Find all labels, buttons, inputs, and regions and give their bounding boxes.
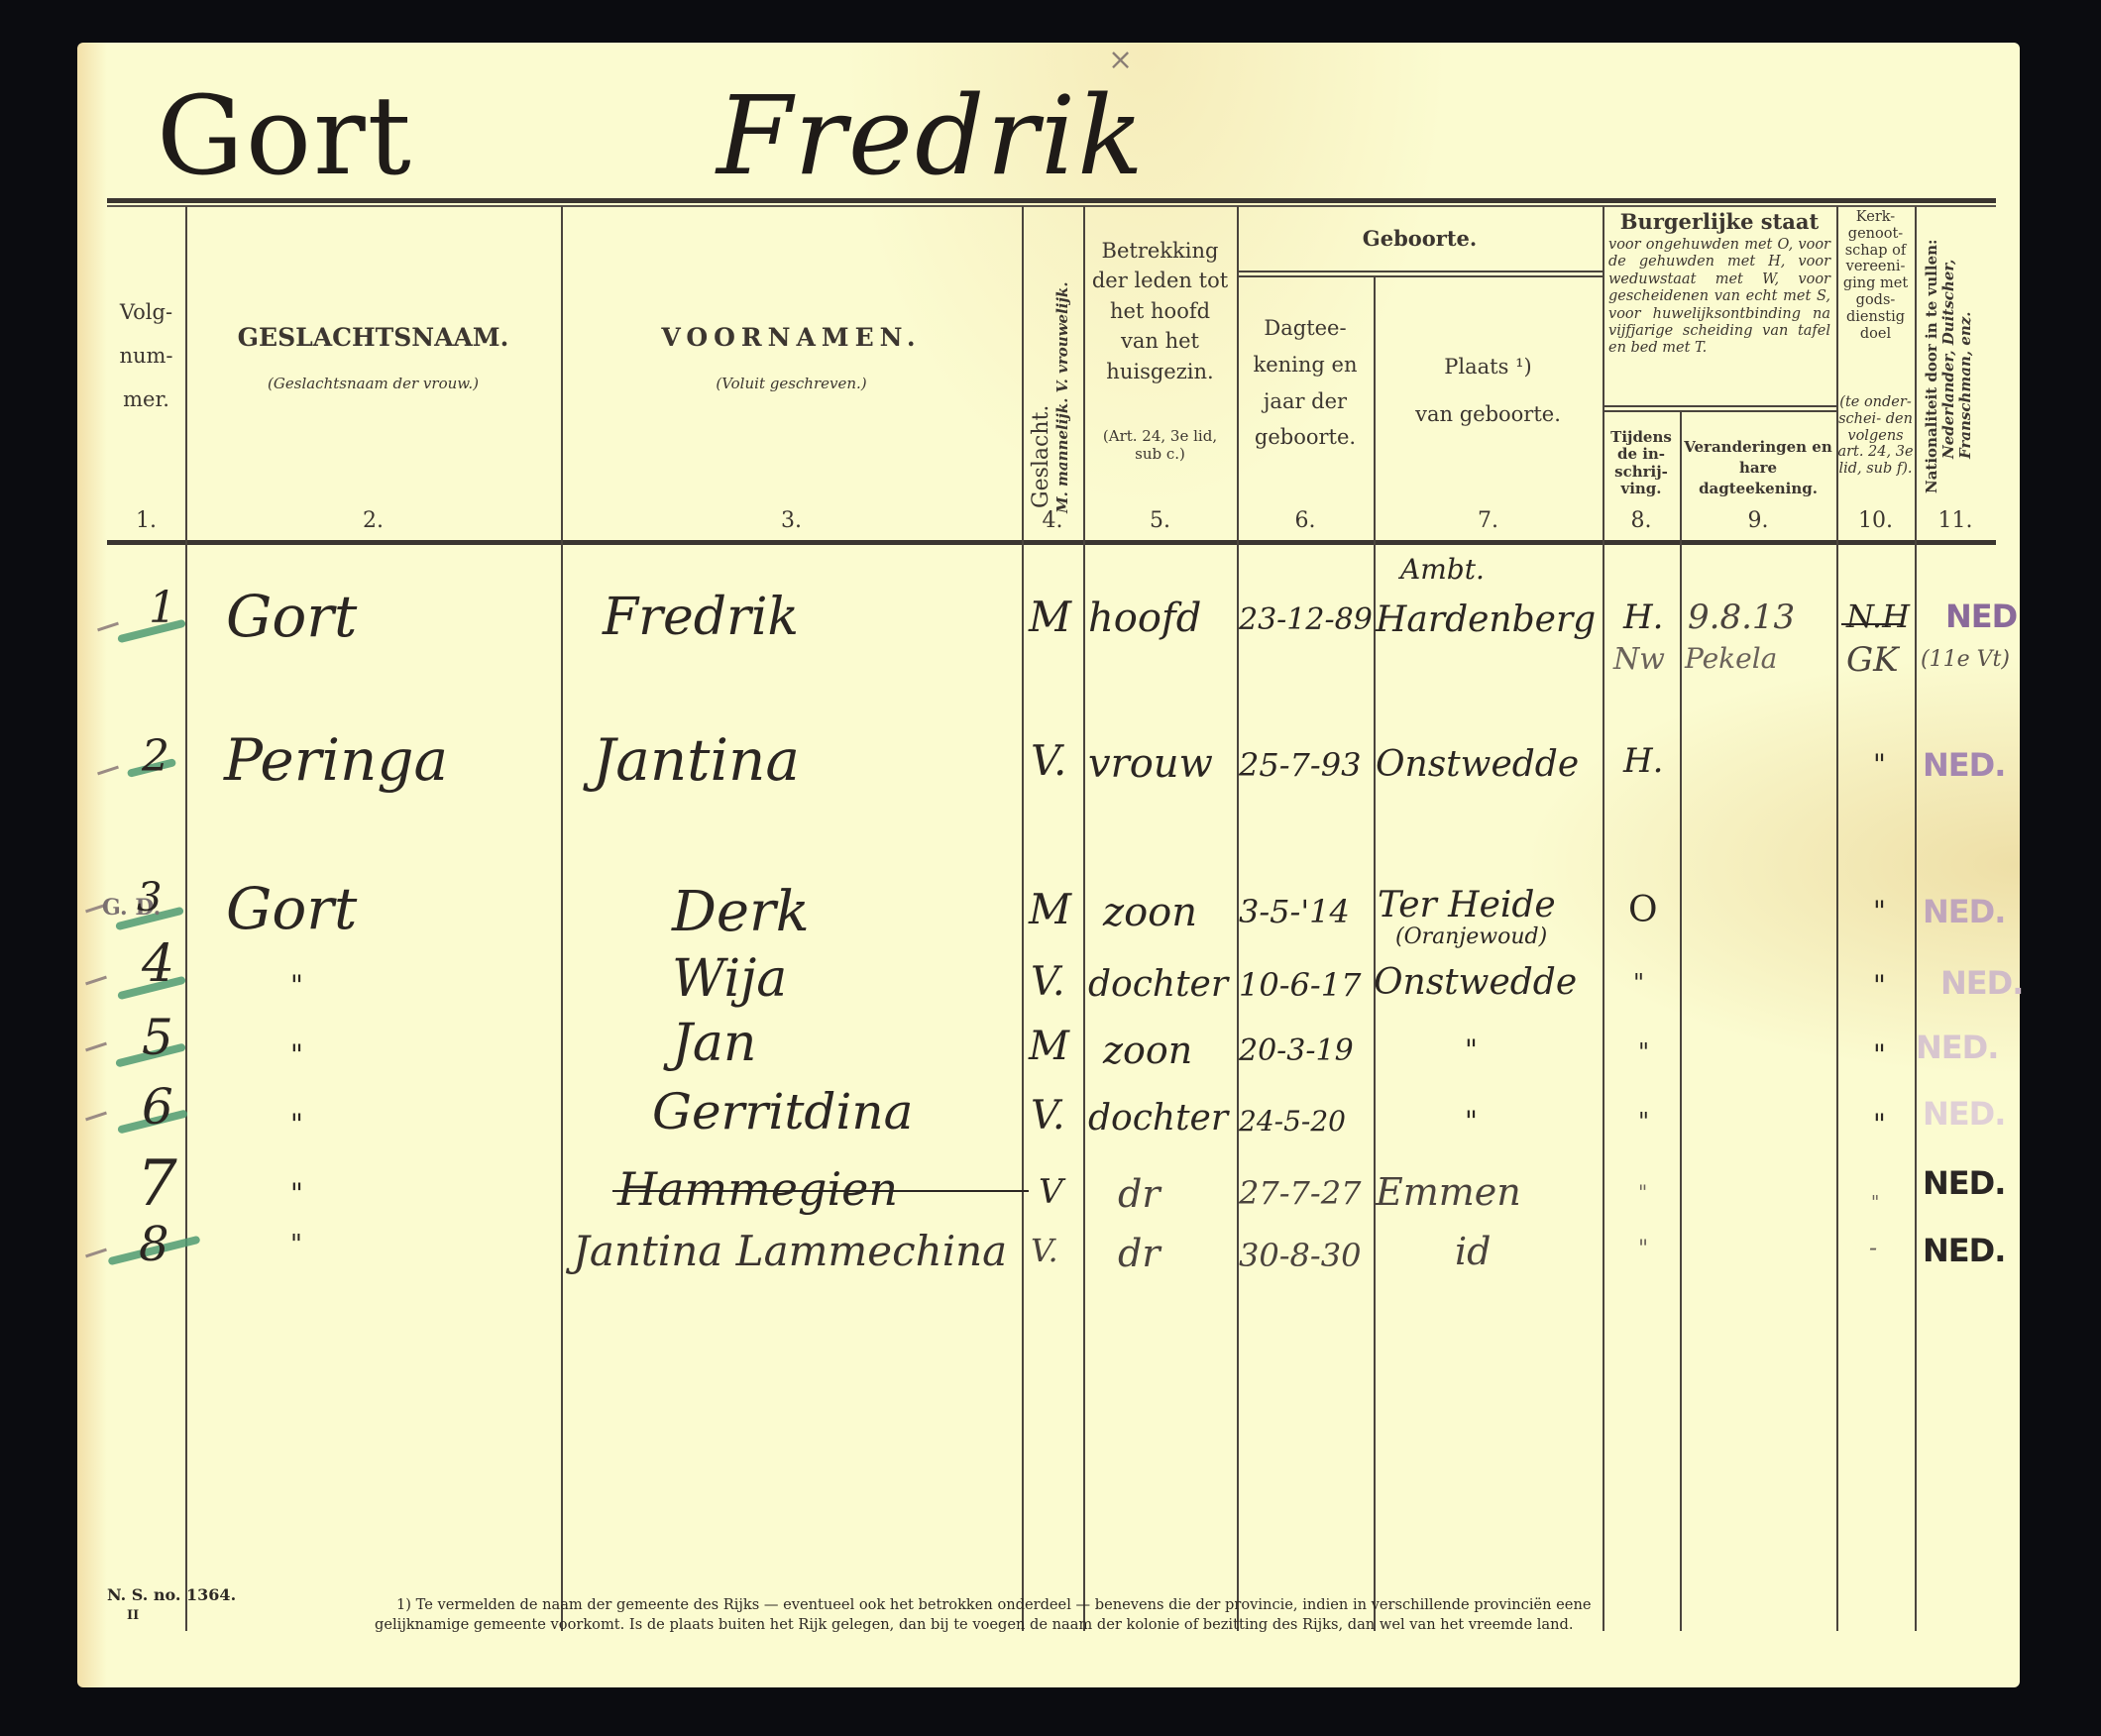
nationality-stamp: NED. — [1923, 746, 2005, 784]
relation: hoofd — [1088, 596, 1201, 641]
strike-line — [1841, 623, 1901, 625]
church: " — [1873, 748, 1886, 781]
birth-date: 30-8-30 — [1239, 1237, 1361, 1274]
relation: dochter — [1088, 964, 1228, 1005]
change-place: Pekela — [1685, 642, 1777, 675]
row-number: 3 — [137, 875, 162, 921]
top-rule — [107, 198, 1996, 203]
col-number: 8. — [1603, 508, 1680, 533]
row-number: 1 — [149, 583, 176, 633]
form-series: II — [127, 1608, 139, 1623]
birth-place: Onstwedde — [1374, 962, 1577, 1003]
geboorte-rule — [1237, 271, 1603, 272]
header-kerkgenootschap: Kerk- genoot- schap of vereeni- ging met… — [1836, 209, 1915, 343]
church-note: GK — [1846, 640, 1899, 680]
header-geslacht: Geslacht. — [1029, 405, 1053, 508]
relation: zoon — [1103, 1029, 1192, 1072]
civil-status: H. — [1623, 597, 1663, 637]
card-title-surname: Gort — [157, 72, 413, 199]
header-dagteekening: Dagtee- kening en jaar der geboorte. — [1245, 310, 1366, 456]
col-number: 11. — [1915, 508, 1996, 533]
birth-date: 20-3-19 — [1239, 1033, 1354, 1068]
birth-place-note: Ambt. — [1400, 553, 1485, 586]
col-number: 6. — [1237, 508, 1374, 533]
church: " — [1871, 1192, 1879, 1213]
birth-place-ditto: " — [1465, 1033, 1478, 1066]
sex: V. — [1031, 1232, 1058, 1269]
nationality-stamp: NED. — [1923, 1232, 2005, 1269]
row-number: 7 — [137, 1147, 177, 1221]
birth-place: Hardenberg — [1376, 599, 1596, 640]
civil-status-note: Nw — [1613, 642, 1665, 677]
relation: dr — [1118, 1232, 1161, 1275]
footnote-line-1: 1) Te vermelden de naam der gemeente des… — [396, 1596, 2022, 1613]
surname-ditto: " — [290, 1038, 303, 1071]
header-nationaliteit-sub: Nederlander, Duitscher, Franschman, enz. — [1940, 216, 1975, 459]
header-geboorte: Geboorte. — [1237, 226, 1603, 252]
relation: dochter — [1088, 1098, 1228, 1139]
birth-date: 25-7-93 — [1239, 746, 1361, 784]
civil-status: " — [1638, 1237, 1648, 1261]
header-volgnummer: Volg- num- mer. — [107, 290, 185, 421]
header-betrekking: Betrekking der leden tot het hoofd van h… — [1088, 236, 1232, 386]
header-nationaliteit: Nationaliteit door in te vullen: — [1923, 239, 1940, 493]
birth-date: 27-7-27 — [1239, 1174, 1361, 1212]
strike-line — [612, 1190, 1029, 1192]
birth-place-ditto: " — [1465, 1105, 1478, 1138]
pencil-tick — [85, 976, 107, 986]
col-number: 5. — [1083, 508, 1237, 533]
pencil-tick — [85, 1112, 107, 1122]
church: " — [1873, 1108, 1886, 1140]
pencil-tick — [97, 766, 119, 776]
header-geslacht-sub: M. mannelijk. V. vrouwelijk. — [1053, 281, 1071, 513]
surname: Peringa — [224, 726, 448, 794]
col-divider — [1374, 276, 1376, 1631]
firstname: Jan — [672, 1014, 756, 1073]
header-plaats: Plaats ¹) — [1374, 355, 1603, 380]
register-card: Gort Fredrik × Volg- num- mer. GESLACHTS… — [77, 43, 2020, 1687]
firstname: Gerritdina — [652, 1083, 913, 1140]
birth-place: Onstwedde — [1376, 744, 1579, 785]
firstname: Jantina Lammechina — [573, 1227, 1007, 1275]
col-number: 4. — [1022, 508, 1083, 533]
birth-date: 23-12-89 — [1239, 602, 1373, 637]
birth-place: id — [1455, 1230, 1491, 1273]
header-voornamen-sub: (Voluit geschreven.) — [561, 375, 1022, 392]
birth-place: Ter Heide — [1378, 885, 1556, 925]
birth-place: Emmen — [1376, 1170, 1521, 1214]
header-tijdens: Tijdens de in- schrij- ving. — [1603, 429, 1680, 497]
firstname: Fredrik — [603, 588, 799, 647]
firstname-struck: Hammegien — [617, 1162, 898, 1216]
civil-status: " — [1633, 969, 1644, 997]
sex: V. — [1031, 1093, 1065, 1139]
form-number: N. S. no. 1364. — [107, 1585, 236, 1604]
sex: M — [1029, 593, 1071, 641]
change-date: 9.8.13 — [1688, 597, 1795, 637]
row-number: 5 — [142, 1009, 173, 1066]
nationality-stamp: NED. — [1940, 964, 2023, 1002]
pencil-tick — [97, 622, 119, 632]
sex: M — [1029, 1024, 1069, 1069]
row-number: 2 — [142, 731, 169, 782]
header-kerkgenootschap-sub: (te onder- schei- den volgens art. 24, 3… — [1836, 394, 1915, 478]
birth-date: 3-5-'14 — [1239, 893, 1350, 930]
header-voornamen: VOORNAMEN. — [561, 323, 1022, 354]
firstname: Jantina — [593, 726, 800, 794]
col-number: 10. — [1836, 508, 1915, 533]
surname: Gort — [226, 583, 357, 650]
surname: Gort — [226, 875, 357, 942]
card-title-firstname: Fredrik — [717, 72, 1146, 199]
relation: dr — [1118, 1172, 1161, 1216]
col-divider — [1083, 206, 1085, 1631]
nationality-stamp: NED. — [1916, 1029, 1998, 1066]
sex: V. — [1031, 959, 1065, 1005]
nationality-stamp: NED — [1945, 597, 2017, 635]
sex: V — [1039, 1172, 1063, 1212]
header-geslachtsnaam-sub: (Geslachtsnaam der vrouw.) — [185, 375, 561, 392]
sex: M — [1029, 885, 1071, 933]
nationality-stamp: NED. — [1923, 1095, 2005, 1133]
header-burgerlijke-desc: voor ongehuwden met O, voor de gehuwden … — [1608, 237, 1830, 358]
nationality-note: (11e Vt) — [1921, 647, 2010, 672]
header-betrekking-sub: (Art. 24, 3e lid, sub c.) — [1088, 427, 1232, 464]
col-number: 9. — [1680, 508, 1836, 533]
pencil-tick — [85, 1042, 107, 1052]
relation: vrouw — [1088, 741, 1213, 787]
col-divider — [1603, 206, 1604, 1631]
header-geslachtsnaam: GESLACHTSNAAM. — [185, 323, 561, 354]
firstname: Wija — [672, 949, 787, 1009]
birth-date: 10-6-17 — [1239, 966, 1361, 1004]
surname-ditto: " — [290, 969, 303, 1002]
col-divider — [561, 206, 563, 1631]
col-number: 7. — [1374, 508, 1603, 533]
row-number: 8 — [139, 1217, 169, 1272]
firstname: Derk — [672, 880, 810, 944]
row-number: 4 — [142, 934, 174, 994]
civil-status: " — [1638, 1038, 1649, 1066]
church: - — [1869, 1234, 1877, 1261]
top-rule-thin — [107, 205, 1996, 207]
church: " — [1873, 969, 1886, 1002]
header-bottom-rule — [107, 540, 1996, 545]
nationality-stamp: NED. — [1923, 893, 2005, 930]
church: " — [1873, 1038, 1886, 1071]
col-divider — [1915, 206, 1917, 1631]
col-number: 3. — [561, 508, 1022, 533]
civil-status: " — [1638, 1108, 1649, 1136]
surname-ditto: " — [290, 1230, 302, 1259]
pencil-tick — [85, 1248, 107, 1258]
church: " — [1873, 895, 1886, 927]
burgerlijke-rule — [1603, 410, 1836, 412]
col-number: 1. — [107, 508, 185, 533]
birth-place-note: (Oranjewoud) — [1395, 924, 1547, 949]
burgerlijke-rule — [1603, 405, 1836, 407]
relation: zoon — [1103, 890, 1197, 935]
pencil-x-mark: × — [1108, 43, 1133, 77]
nationality-stamp: NED. — [1923, 1164, 2005, 1202]
header-burgerlijke-staat: Burgerlijke staat — [1603, 209, 1836, 235]
col-divider — [1680, 412, 1682, 1631]
surname-ditto: " — [290, 1108, 303, 1140]
col-divider — [1022, 206, 1024, 1631]
civil-status: " — [1638, 1180, 1647, 1204]
sex: V. — [1031, 736, 1066, 785]
civil-status: O — [1628, 890, 1658, 930]
geboorte-rule — [1237, 275, 1603, 277]
header-veranderingen: Veranderingen en hare dagteekening. — [1680, 437, 1836, 499]
church: N.H — [1846, 597, 1910, 635]
col-number: 2. — [185, 508, 561, 533]
footnote-line-2: gelijknamige gemeente voorkomt. Is de pl… — [375, 1616, 2020, 1633]
surname-ditto: " — [290, 1177, 303, 1210]
row-number: 6 — [142, 1078, 173, 1136]
col-divider — [185, 206, 187, 1631]
header-plaats-sub: van geboorte. — [1374, 402, 1603, 428]
birth-date: 24-5-20 — [1239, 1105, 1346, 1138]
civil-status: H. — [1623, 741, 1663, 781]
